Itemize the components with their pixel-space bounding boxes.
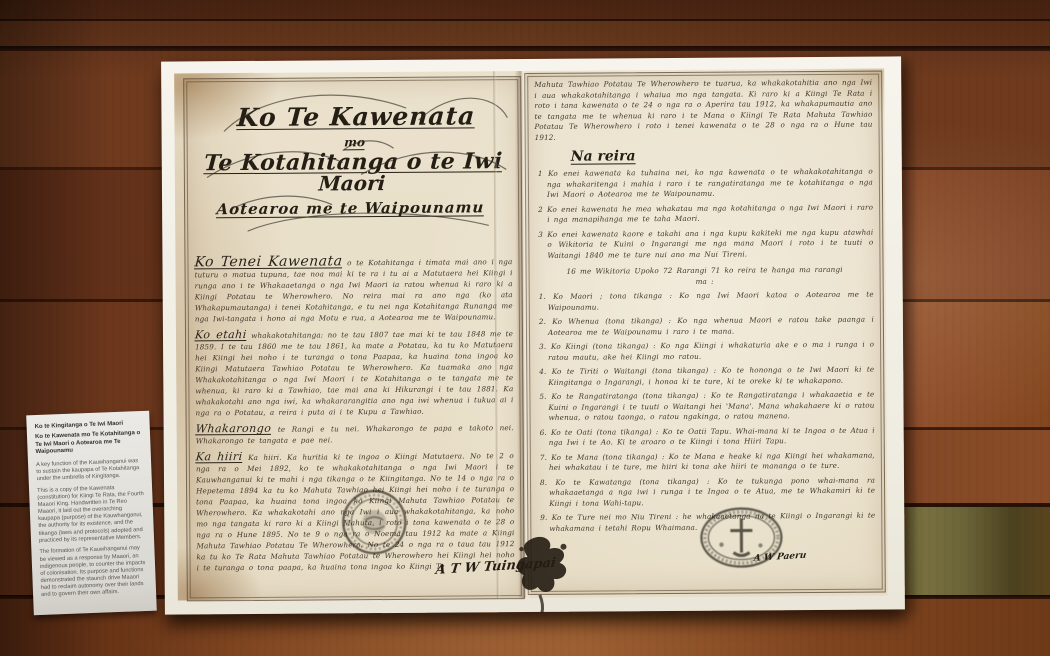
ink-blot	[513, 533, 578, 617]
paragraph-heading: Whakarongo	[195, 423, 272, 435]
definition-item: 1. Ko Maori ; tona tikanga : Ko nga Iwi …	[536, 290, 874, 313]
wood-plank-green	[880, 507, 1050, 596]
placard-title: Ko te Kingitanga o Te Iwi Maori	[35, 420, 142, 430]
definition-item: 7. Ko te Mana (tona tikanga) : Ko te Man…	[537, 450, 875, 473]
paragraph: Ko Tenei Kawenata o te Kotahitanga i tim…	[194, 255, 512, 324]
citation-line: 16 me Wikitoria Upoko 72 Rarangi 71 ko r…	[536, 265, 874, 288]
list-item: 2 Ko enei kawenata he mea whakatau ma ng…	[535, 202, 873, 225]
definition-item: 3. Ko Kiingi (tona tikanga) : Ko nga Kii…	[536, 340, 874, 363]
list-item: 1 Ko enei kawenata ka tuhaina nei, ko ng…	[535, 167, 873, 201]
section-heading: Na reira	[571, 148, 636, 164]
definition-item: 2. Ko Whenua (tona tikanga) : Ko nga whe…	[536, 315, 874, 338]
info-placard: Ko te Kingitanga o Te Iwi Maori Ko te Ka…	[26, 411, 157, 616]
placard-paragraph: The formation of Te Kauwhanganui may be …	[39, 545, 148, 599]
wood-plank	[0, 21, 1050, 47]
placard-paragraph: This is a copy of the Kawenata (constitu…	[37, 483, 146, 544]
round-ink-stamp	[339, 487, 409, 557]
document-title-block: Ko Te Kawenata mo Te Kotahitanga o te Iw…	[188, 83, 517, 257]
paragraph-heading: Ko Tenei Kawenata	[194, 256, 343, 268]
paragraph-text: whakakotahitanga: no te tau 1807 tae mai…	[195, 329, 513, 417]
document-poster: Ko Te Kawenata mo Te Kotahitanga o te Iw…	[161, 56, 905, 614]
calligraphy-flourish	[188, 79, 517, 257]
list-item: 3 Ko enei kawenata kaore e takahi ana i …	[535, 227, 873, 261]
paragraph-heading: Ka hiiri	[195, 451, 243, 462]
definition-item: 6. Ko te Oati (tona tikanga) : Ko te Oat…	[537, 425, 875, 448]
wood-plank	[0, 0, 1050, 20]
paragraph: Mahuta Tawhiao Potatau Te Wherowhero te …	[534, 78, 872, 143]
paragraph-heading: Ko etahi	[195, 329, 248, 340]
placard-subtitle: Ko te Kawenata mo Te Kotahitanga o Te Iw…	[35, 430, 143, 457]
paragraph: Whakarongo te Rangi e tu nei. Whakarongo…	[196, 421, 514, 446]
photo-scene: Ko Te Kawenata mo Te Kotahitanga o te Iw…	[0, 0, 1050, 656]
placard-paragraph: A key function of the Kauwhanganui was t…	[36, 457, 144, 483]
definition-item: 5. Ko te Rangatiratanga (tona tikanga) :…	[536, 390, 874, 424]
definition-item: 4. Ko te Tiriti o Waitangi (tona tikanga…	[536, 365, 874, 388]
paragraph: Ko etahi whakakotahitanga: no te tau 180…	[195, 327, 514, 418]
document-paper: Ko Te Kawenata mo Te Kotahitanga o te Iw…	[174, 69, 888, 601]
